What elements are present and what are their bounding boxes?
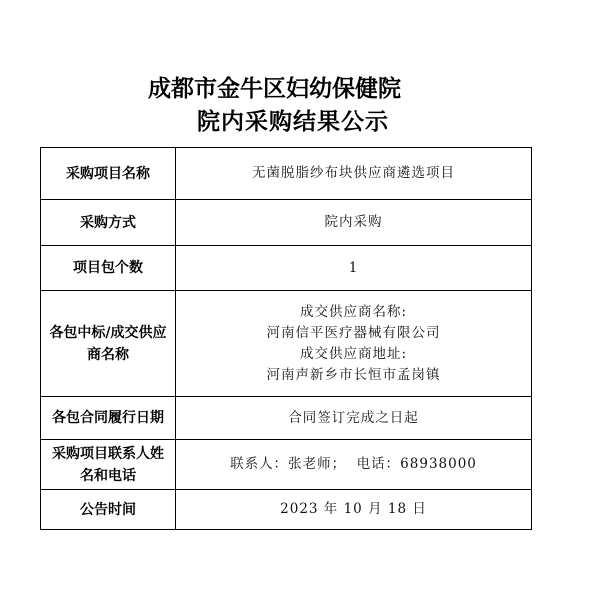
table-row-announcement-date: 公告时间 2023 年 10 月 18 日 xyxy=(41,490,532,530)
document-title-line2: 院内采购结果公示 xyxy=(197,103,590,136)
label-procurement-method: 采购方式 xyxy=(41,200,176,246)
label-project-name: 采购项目名称 xyxy=(41,148,176,200)
label-announcement-date: 公告时间 xyxy=(41,490,176,530)
supplier-name: 河南信平医疗器械有限公司 xyxy=(176,323,531,344)
value-procurement-method: 院内采购 xyxy=(176,200,532,246)
label-package-count: 项目包个数 xyxy=(41,246,176,291)
value-contract-date: 合同签订完成之日起 xyxy=(176,397,532,440)
label-contact: 采购项目联系人姓 名和电话 xyxy=(41,440,176,490)
value-contact: 联系人：张老师； 电话：68938000 xyxy=(176,440,532,490)
label-contact-line1: 采购项目联系人姓 xyxy=(41,443,175,465)
procurement-result-table: 采购项目名称 无菌脱脂纱布块供应商遴选项目 采购方式 院内采购 项目包个数 1 … xyxy=(40,147,532,530)
table-row-project-name: 采购项目名称 无菌脱脂纱布块供应商遴选项目 xyxy=(41,148,532,200)
label-winning-supplier: 各包中标/成交供应 商名称 xyxy=(41,291,176,397)
value-announcement-date: 2023 年 10 月 18 日 xyxy=(176,490,532,530)
table-row-procurement-method: 采购方式 院内采购 xyxy=(41,200,532,246)
label-contact-line2: 名和电话 xyxy=(41,465,175,487)
supplier-address: 河南声新乡市长恒市孟岗镇 xyxy=(176,365,531,386)
supplier-address-heading: 成交供应商地址: xyxy=(176,344,531,365)
supplier-name-heading: 成交供应商名称: xyxy=(176,302,531,323)
value-winning-supplier: 成交供应商名称: 河南信平医疗器械有限公司 成交供应商地址: 河南声新乡市长恒市… xyxy=(176,291,532,397)
value-package-count: 1 xyxy=(176,246,532,291)
value-project-name: 无菌脱脂纱布块供应商遴选项目 xyxy=(176,148,532,200)
document-title-line1: 成都市金牛区妇幼保健院 xyxy=(148,70,590,103)
table-row-contact: 采购项目联系人姓 名和电话 联系人：张老师； 电话：68938000 xyxy=(41,440,532,490)
label-winning-supplier-line2: 商名称 xyxy=(41,344,175,366)
table-row-package-count: 项目包个数 1 xyxy=(41,246,532,291)
label-winning-supplier-line1: 各包中标/成交供应 xyxy=(41,322,175,344)
table-row-contract-date: 各包合同履行日期 合同签订完成之日起 xyxy=(41,397,532,440)
table-row-winning-supplier: 各包中标/成交供应 商名称 成交供应商名称: 河南信平医疗器械有限公司 成交供应… xyxy=(41,291,532,397)
label-contract-date: 各包合同履行日期 xyxy=(41,397,176,440)
